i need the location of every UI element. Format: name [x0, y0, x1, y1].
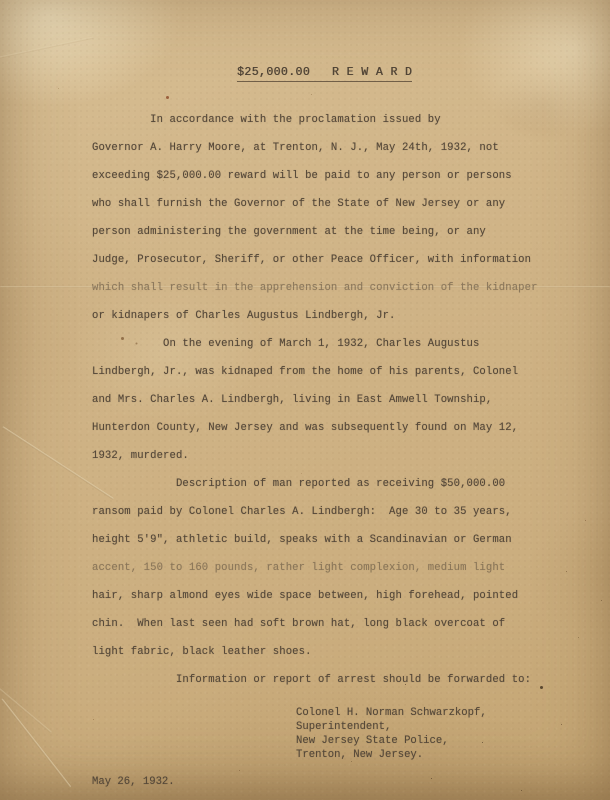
body-line: light fabric, black leather shoes. [92, 638, 538, 666]
signature-block: Colonel H. Norman Schwarzkopf,Superinten… [296, 706, 487, 762]
body-line: 1932, murdered. [92, 442, 538, 470]
crease [0, 37, 94, 62]
body-line: Judge, Prosecutor, Sheriff, or other Pea… [92, 246, 538, 274]
signature-line: New Jersey State Police, [296, 734, 487, 748]
body-line: Hunterdon County, New Jersey and was sub… [92, 414, 538, 442]
body-line: accent, 150 to 160 pounds, rather light … [92, 554, 538, 582]
reward-title: $25,000.00 R E W A R D [237, 66, 412, 82]
signature-line: Superintendent, [296, 720, 487, 734]
body-line: Description of man reported as receiving… [92, 470, 538, 498]
date-line: May 26, 1932. [92, 776, 175, 788]
ink-specks [0, 0, 3, 3]
body-line: ransom paid by Colonel Charles A. Lindbe… [92, 498, 538, 526]
document-body: In accordance with the proclamation issu… [92, 106, 538, 694]
signature-line: Colonel H. Norman Schwarzkopf, [296, 706, 487, 720]
body-line: chin. When last seen had soft brown hat,… [92, 610, 538, 638]
body-line: exceeding $25,000.00 reward will be paid… [92, 162, 538, 190]
crease [1, 698, 72, 787]
body-line: Lindbergh, Jr., was kidnaped from the ho… [92, 358, 538, 386]
body-line: hair, sharp almond eyes wide space betwe… [92, 582, 538, 610]
body-line: Governor A. Harry Moore, at Trenton, N. … [92, 134, 538, 162]
body-line: In accordance with the proclamation issu… [92, 106, 538, 134]
document-page: $25,000.00 R E W A R D In accordance wit… [0, 0, 610, 800]
body-line: height 5'9", athletic build, speaks with… [92, 526, 538, 554]
signature-line: Trenton, New Jersey. [296, 748, 487, 762]
body-line: On the evening of March 1, 1932, Charles… [92, 330, 538, 358]
body-line: or kidnapers of Charles Augustus Lindber… [92, 302, 538, 330]
body-line: person administering the government at t… [92, 218, 538, 246]
body-line: which shall result in the apprehension a… [92, 274, 538, 302]
body-line: who shall furnish the Governor of the St… [92, 190, 538, 218]
body-line: and Mrs. Charles A. Lindbergh, living in… [92, 386, 538, 414]
body-line: Information or report of arrest should b… [92, 666, 538, 694]
crease [0, 673, 52, 734]
